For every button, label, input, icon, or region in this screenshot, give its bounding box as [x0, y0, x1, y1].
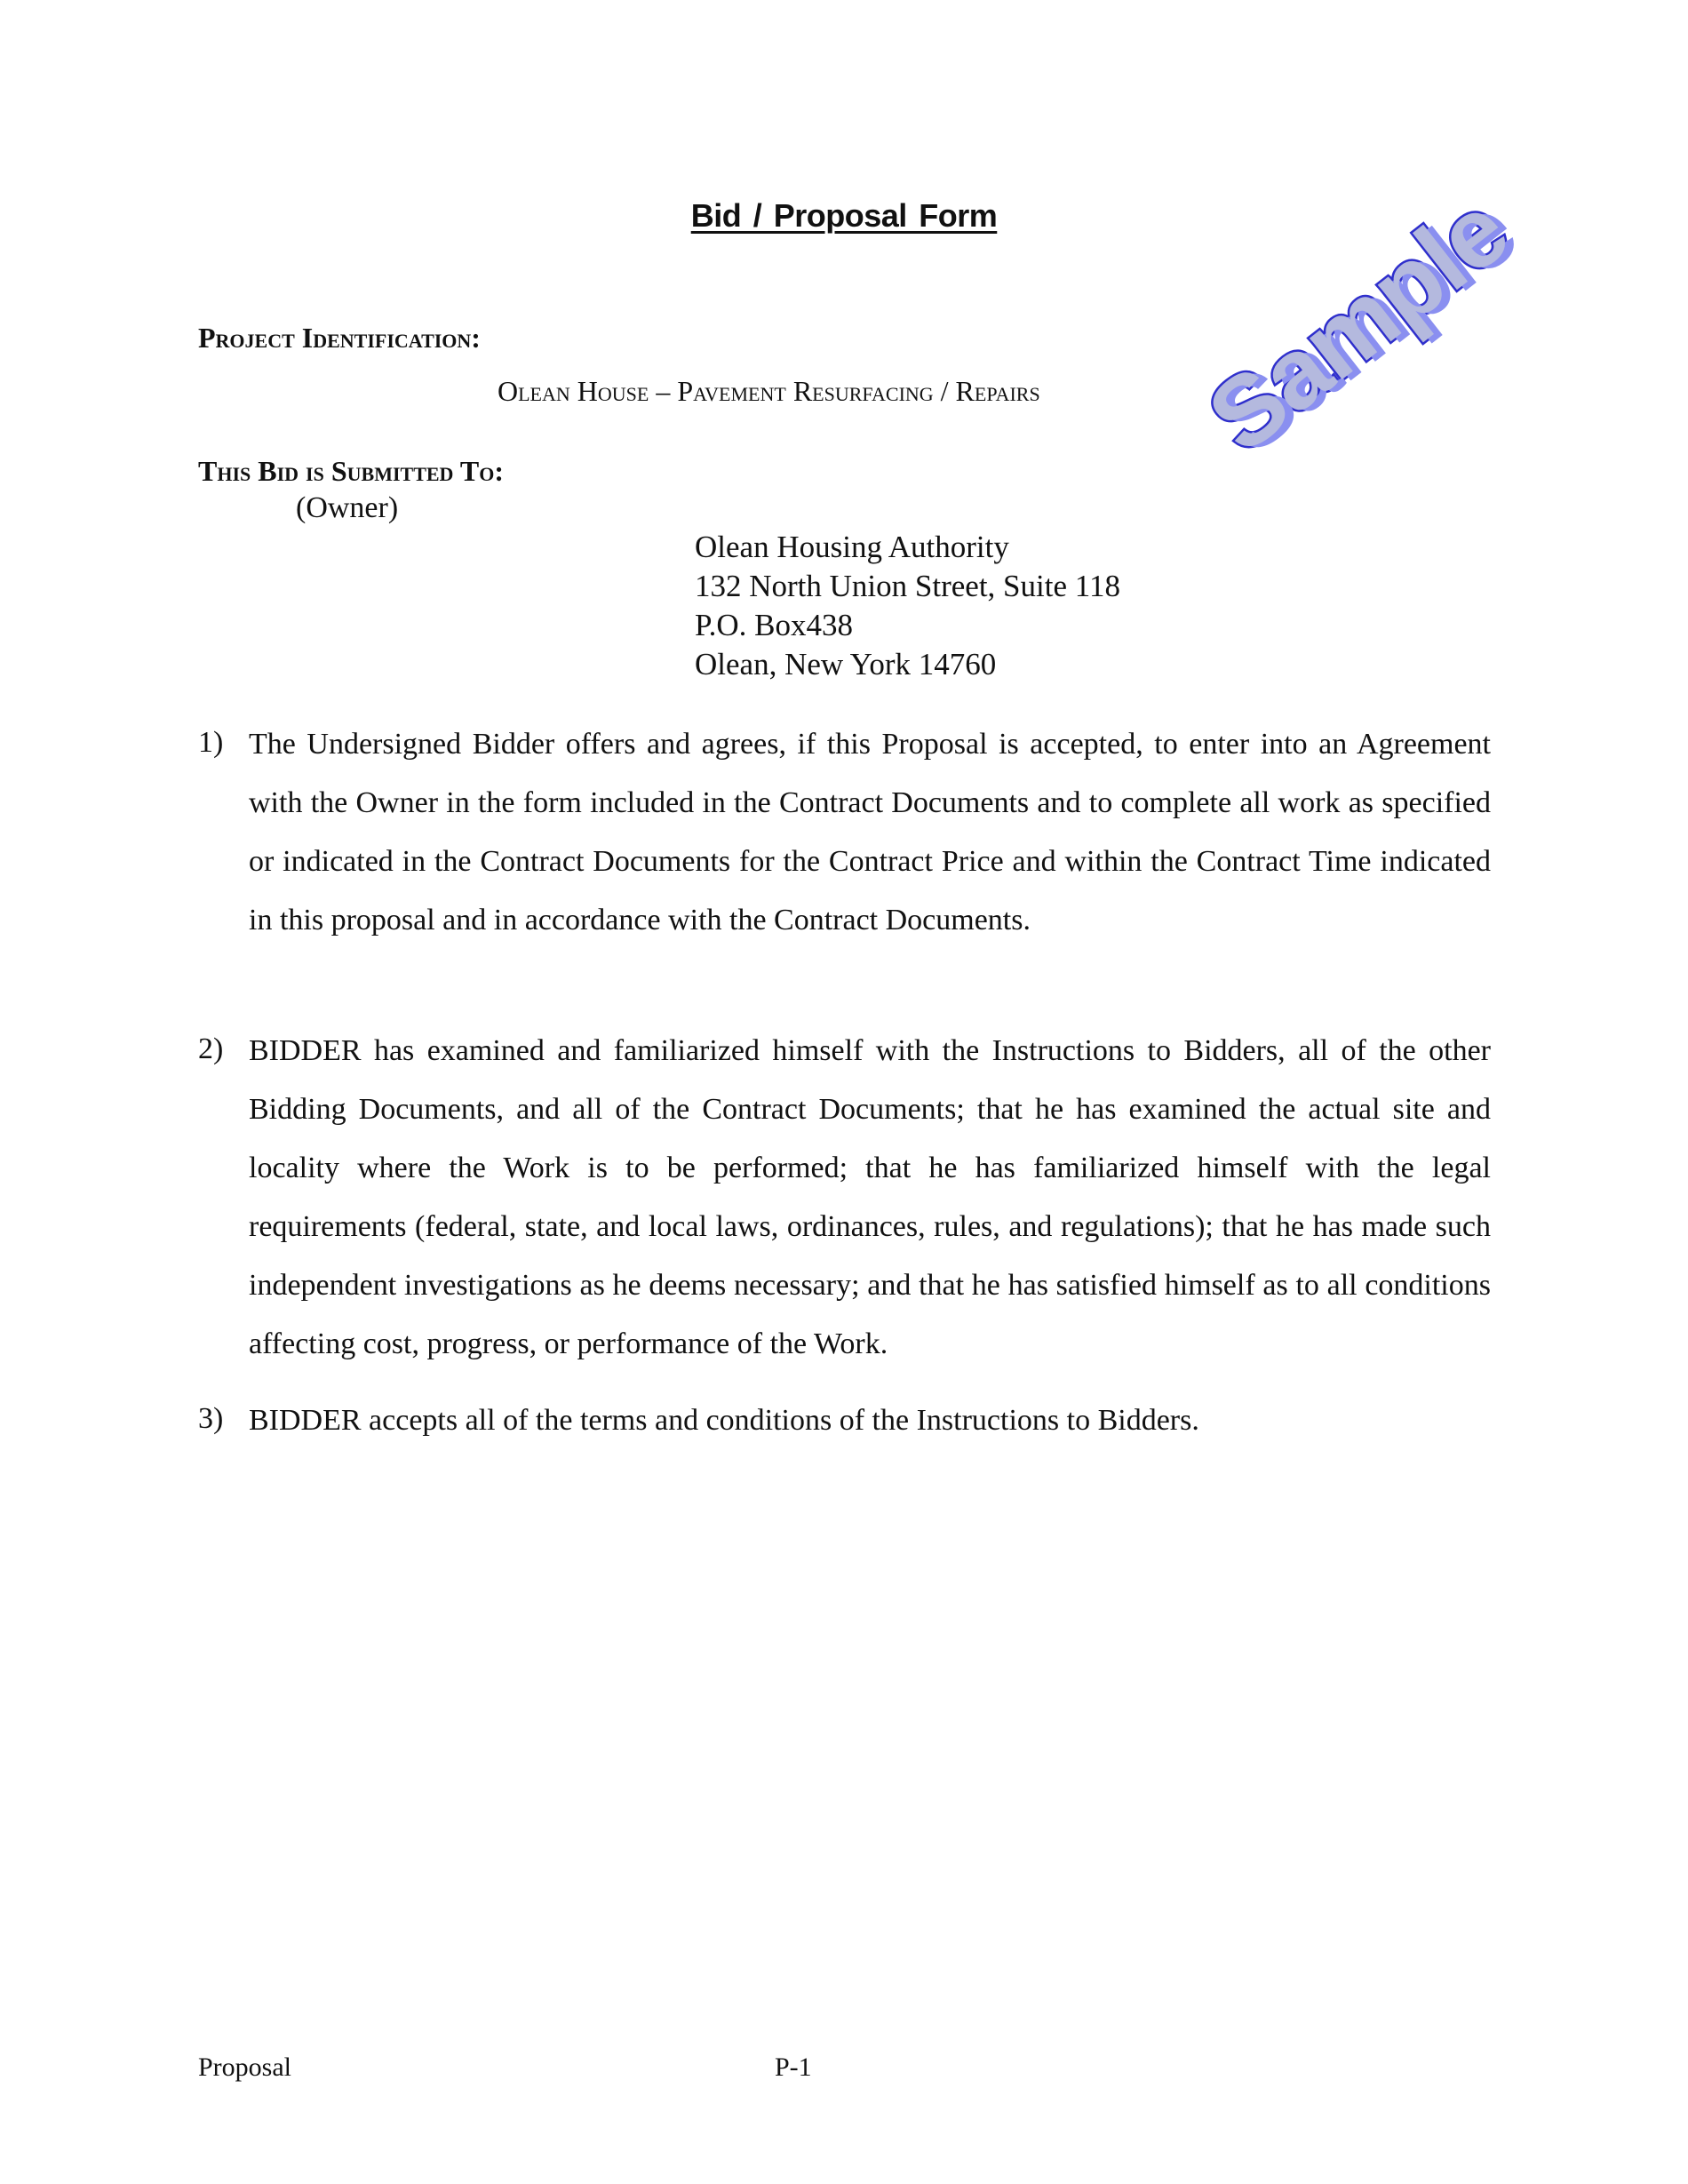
project-identification-label: Project Identification: — [198, 322, 481, 355]
item-text: BIDDER accepts all of the terms and cond… — [249, 1391, 1491, 1450]
list-item: 2) BIDDER has examined and familiarized … — [198, 1022, 1491, 1374]
owner-role: (Owner) — [296, 491, 398, 525]
item-number: 2) — [198, 1032, 223, 1066]
item-text: BIDDER has examined and familiarized him… — [249, 1022, 1491, 1374]
address-line: Olean, New York 14760 — [695, 645, 1120, 684]
item-text: The Undersigned Bidder offers and agrees… — [249, 715, 1491, 950]
list-item: 3) BIDDER accepts all of the terms and c… — [198, 1391, 1491, 1450]
address-line: 132 North Union Street, Suite 118 — [695, 567, 1120, 606]
item-number: 3) — [198, 1402, 223, 1436]
project-name: Olean House – Pavement Resurfacing / Rep… — [498, 375, 1040, 408]
item-number: 1) — [198, 726, 223, 760]
page-number: P-1 — [775, 2052, 812, 2083]
address-line: Olean Housing Authority — [695, 528, 1120, 567]
document-title-text: Bid / Proposal Form — [691, 197, 998, 234]
footer-label: Proposal — [198, 2052, 291, 2083]
owner-address: Olean Housing Authority 132 North Union … — [695, 528, 1120, 684]
list-item: 1) The Undersigned Bidder offers and agr… — [198, 715, 1491, 950]
submitted-to-label: This Bid is Submitted To: — [198, 455, 504, 488]
address-line: P.O. Box438 — [695, 606, 1120, 645]
